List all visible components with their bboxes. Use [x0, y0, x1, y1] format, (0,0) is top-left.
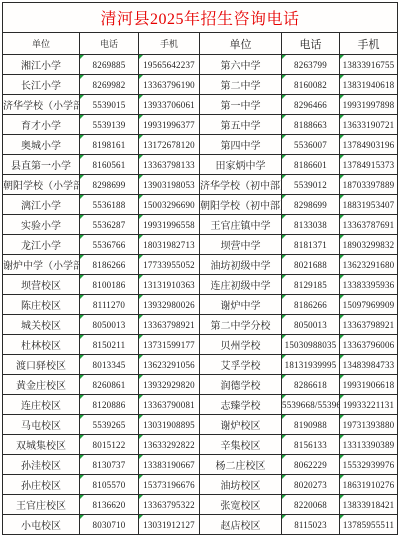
right-phone-cell[interactable]: 8020273: [282, 475, 340, 495]
table-row: 实验小学553628719931996558王官庄镇中学813303813363…: [3, 215, 398, 235]
left-phone-cell[interactable]: 8120886: [80, 395, 139, 415]
left-mobile-cell[interactable]: 13633292822: [139, 435, 200, 455]
right-mobile-cell[interactable]: 13363787691: [340, 215, 398, 235]
left-mobile-cell[interactable]: 13363795322: [139, 495, 200, 515]
left-mobile-cell[interactable]: 13383190667: [139, 455, 200, 475]
right-phone-cell[interactable]: 8220068: [282, 495, 340, 515]
table-row: 龙江小学553676618031982713坝营中学81813711890329…: [3, 235, 398, 255]
left-unit-cell[interactable]: 实验小学: [3, 215, 80, 235]
right-mobile-cell[interactable]: 13383395936: [340, 275, 398, 295]
left-mobile-cell[interactable]: 13363798133: [139, 155, 200, 175]
left-mobile-cell[interactable]: 13933706061: [139, 95, 200, 115]
right-unit-cell[interactable]: 张宽校区: [200, 495, 282, 515]
left-mobile-cell[interactable]: 13903198053: [139, 175, 200, 195]
right-phone-cell[interactable]: 8115023: [282, 515, 340, 535]
right-mobile-cell[interactable]: 13483984733: [340, 355, 398, 375]
left-unit-cell[interactable]: 连庄校区: [3, 395, 80, 415]
right-phone-cell[interactable]: 8156133: [282, 435, 340, 455]
spreadsheet-area: 清河县2025年招生咨询电话 单位 电话 手机 单位 电话 手机 湘江小学826…: [2, 2, 400, 535]
table-row: 孙庄校区810557015373196676油坊校区80202731863191…: [3, 475, 398, 495]
left-mobile-cell[interactable]: 19565642237: [139, 55, 200, 75]
table-row: 奥城小学819816113172678120第四中学55360071378490…: [3, 135, 398, 155]
right-phone-cell[interactable]: 8286618: [282, 375, 340, 395]
right-unit-cell[interactable]: 油坊初级中学: [200, 255, 282, 275]
left-unit-cell[interactable]: 坝营校区: [3, 275, 80, 295]
right-unit-cell[interactable]: 第五中学: [200, 115, 282, 135]
right-phone-cell[interactable]: 8021688: [282, 255, 340, 275]
left-mobile-cell[interactable]: 13932929820: [139, 375, 200, 395]
left-phone-cell[interactable]: 5539139: [80, 115, 139, 135]
right-mobile-cell[interactable]: 18631910276: [340, 475, 398, 495]
right-unit-cell[interactable]: 第一中学: [200, 95, 282, 115]
right-unit-cell[interactable]: 第二中学: [200, 75, 282, 95]
left-phone-cell[interactable]: 8105570: [80, 475, 139, 495]
right-mobile-cell[interactable]: 18903299832: [340, 235, 398, 255]
right-mobile-cell[interactable]: 13831940618: [340, 75, 398, 95]
right-mobile-cell[interactable]: 19933221131: [340, 395, 398, 415]
left-mobile-cell[interactable]: 13363796190: [139, 75, 200, 95]
left-phone-cell[interactable]: 8111270: [80, 295, 139, 315]
table-row: 杜林校区815021113731599177贝州学校15030988035133…: [3, 335, 398, 355]
left-unit-cell[interactable]: 黄金庄校区: [3, 375, 80, 395]
left-mobile-cell[interactable]: 19931996558: [139, 215, 200, 235]
left-phone-cell[interactable]: 5539015: [80, 95, 139, 115]
left-unit-cell[interactable]: 王官庄校区: [3, 495, 80, 515]
left-phone-cell[interactable]: 8269982: [80, 75, 139, 95]
left-mobile-cell[interactable]: 13031912127: [139, 515, 200, 535]
right-mobile-cell[interactable]: 13313390389: [340, 435, 398, 455]
table-row: 孙洼校区813073713383190667杨二庄校区8062229155329…: [3, 455, 398, 475]
table-row: 陈庄校区811127013932980026谢炉中学81862661509796…: [3, 295, 398, 315]
left-unit-cell[interactable]: 城关校区: [3, 315, 80, 335]
right-unit-cell[interactable]: 第二中学分校: [200, 315, 282, 335]
right-phone-cell[interactable]: 8188663: [282, 115, 340, 135]
right-unit-cell[interactable]: 辛集校区: [200, 435, 282, 455]
right-mobile-cell[interactable]: 19931906618: [340, 375, 398, 395]
right-phone-cell[interactable]: 8296466: [282, 95, 340, 115]
left-phone-cell[interactable]: 8030710: [80, 515, 139, 535]
right-phone-cell[interactable]: 8133038: [282, 215, 340, 235]
left-unit-cell[interactable]: 谢炉中学（小学部）: [3, 255, 80, 275]
left-mobile-cell[interactable]: 13932980026: [139, 295, 200, 315]
table-row: 长江小学826998213363796190第二中学81600821383194…: [3, 75, 398, 95]
left-phone-cell[interactable]: 8136620: [80, 495, 139, 515]
right-mobile-cell[interactable]: 13363796006: [340, 335, 398, 355]
table-row: 育才小学553913919931996377第五中学81886631363319…: [3, 115, 398, 135]
left-mobile-cell[interactable]: 13131910363: [139, 275, 200, 295]
left-unit-cell[interactable]: 陈庄校区: [3, 295, 80, 315]
right-unit-cell[interactable]: 第六中学: [200, 55, 282, 75]
right-mobile-cell[interactable]: 19731393880: [340, 415, 398, 435]
left-unit-cell[interactable]: 漓江小学: [3, 195, 80, 215]
left-phone-cell[interactable]: 8160561: [80, 155, 139, 175]
left-mobile-cell[interactable]: 15373196676: [139, 475, 200, 495]
right-mobile-cell[interactable]: 19931997898: [340, 95, 398, 115]
header-mobile-right[interactable]: 手机: [340, 33, 398, 55]
right-mobile-cell[interactable]: 13833918421: [340, 495, 398, 515]
table-row: 渡口驿校区801334513623291056艾孚学校1813193999513…: [3, 355, 398, 375]
right-unit-cell[interactable]: 谢炉校区: [200, 415, 282, 435]
header-mobile-left[interactable]: 手机: [139, 33, 200, 55]
left-phone-cell[interactable]: 8013345: [80, 355, 139, 375]
right-unit-cell[interactable]: 坝营中学: [200, 235, 282, 255]
right-phone-cell[interactable]: 8129185: [282, 275, 340, 295]
right-phone-cell[interactable]: 8263799: [282, 55, 340, 75]
left-unit-cell[interactable]: 湘江小学: [3, 55, 80, 75]
left-phone-cell[interactable]: 5536766: [80, 235, 139, 255]
left-phone-cell[interactable]: 8130737: [80, 455, 139, 475]
right-unit-cell[interactable]: 朝阳学校（初中部）: [200, 195, 282, 215]
table-row: 朝阳学校（小学部）829869913903198053济华学校（初中部）5539…: [3, 175, 398, 195]
table-row: 济华学校（小学部）553901513933706061第一中学829646619…: [3, 95, 398, 115]
left-phone-cell[interactable]: 8298699: [80, 175, 139, 195]
table-row: 城关校区805001313363798921第二中学分校805001313363…: [3, 315, 398, 335]
right-phone-cell[interactable]: 8298699: [282, 195, 340, 215]
left-phone-cell[interactable]: 8100186: [80, 275, 139, 295]
right-unit-cell[interactable]: 谢炉中学: [200, 295, 282, 315]
right-phone-cell[interactable]: 15030988035: [282, 335, 340, 355]
right-mobile-cell[interactable]: 18703397889: [340, 175, 398, 195]
left-mobile-cell[interactable]: 13731599177: [139, 335, 200, 355]
left-mobile-cell[interactable]: 19931996377: [139, 115, 200, 135]
table-row: 黄金庄校区826086113932929820润德学校8286618199319…: [3, 375, 398, 395]
right-phone-cell[interactable]: 8186266: [282, 295, 340, 315]
right-unit-cell[interactable]: 王官庄镇中学: [200, 215, 282, 235]
left-phone-cell[interactable]: 5536188: [80, 195, 139, 215]
right-mobile-cell[interactable]: 13785955511: [340, 515, 398, 535]
table-row: 漓江小学553618815003296690朝阳学校（初中部）829869918…: [3, 195, 398, 215]
right-phone-cell[interactable]: 8062229: [282, 455, 340, 475]
left-unit-cell[interactable]: 奥城小学: [3, 135, 80, 155]
left-phone-cell[interactable]: 8269885: [80, 55, 139, 75]
left-mobile-cell[interactable]: 13363798921: [139, 315, 200, 335]
right-mobile-cell[interactable]: 13363798921: [340, 315, 398, 335]
right-mobile-cell[interactable]: 13633190721: [340, 115, 398, 135]
left-phone-cell[interactable]: 8186266: [80, 255, 139, 275]
right-unit-cell[interactable]: 杨二庄校区: [200, 455, 282, 475]
right-unit-cell[interactable]: 贝州学校: [200, 335, 282, 355]
right-unit-cell[interactable]: 连庄初级中学: [200, 275, 282, 295]
left-unit-cell[interactable]: 县直第一小学: [3, 155, 80, 175]
left-phone-cell[interactable]: 8198161: [80, 135, 139, 155]
right-mobile-cell[interactable]: 13784915373: [340, 155, 398, 175]
left-unit-cell[interactable]: 孙洼校区: [3, 455, 80, 475]
right-phone-cell[interactable]: 5539012: [282, 175, 340, 195]
right-mobile-cell[interactable]: 13833916755: [340, 55, 398, 75]
left-mobile-cell[interactable]: 13172678120: [139, 135, 200, 155]
left-unit-cell[interactable]: 杜林校区: [3, 335, 80, 355]
left-phone-cell[interactable]: 5536287: [80, 215, 139, 235]
left-phone-cell[interactable]: 8050013: [80, 315, 139, 335]
left-mobile-cell[interactable]: 13031908895: [139, 415, 200, 435]
left-unit-cell[interactable]: 小屯校区: [3, 515, 80, 535]
left-unit-cell[interactable]: 朝阳学校（小学部）: [3, 175, 80, 195]
right-unit-cell[interactable]: 志臻学校: [200, 395, 282, 415]
header-row: 单位 电话 手机 单位 电话 手机: [3, 33, 398, 55]
table-row: 连庄校区812088613363790081志臻学校5539668/553966…: [3, 395, 398, 415]
header-unit-right[interactable]: 单位: [200, 33, 282, 55]
right-phone-cell[interactable]: 5536007: [282, 135, 340, 155]
table-row: 双城集校区801512213633292822辛集校区8156133133133…: [3, 435, 398, 455]
right-mobile-cell[interactable]: 13784903196: [340, 135, 398, 155]
left-phone-cell[interactable]: 8015122: [80, 435, 139, 455]
left-phone-cell[interactable]: 8150211: [80, 335, 139, 355]
table-body: 湘江小学826988519565642237第六中学82637991383391…: [3, 55, 398, 535]
left-mobile-cell[interactable]: 17733955052: [139, 255, 200, 275]
right-unit-cell[interactable]: 第四中学: [200, 135, 282, 155]
table-row: 县直第一小学816056113363798133田家炳中学81866011378…: [3, 155, 398, 175]
left-mobile-cell[interactable]: 18031982713: [139, 235, 200, 255]
left-unit-cell[interactable]: 孙庄校区: [3, 475, 80, 495]
right-mobile-cell[interactable]: 15097969909: [340, 295, 398, 315]
right-mobile-cell[interactable]: 15532939976: [340, 455, 398, 475]
left-mobile-cell[interactable]: 13623291056: [139, 355, 200, 375]
right-mobile-cell[interactable]: 13623291680: [340, 255, 398, 275]
right-unit-cell[interactable]: 田家炳中学: [200, 155, 282, 175]
left-mobile-cell[interactable]: 13363790081: [139, 395, 200, 415]
phone-directory-table: 清河县2025年招生咨询电话 单位 电话 手机 单位 电话 手机 湘江小学826…: [2, 2, 398, 535]
table-row: 小屯校区803071013031912127赵店校区81150231378595…: [3, 515, 398, 535]
title-row: 清河县2025年招生咨询电话: [3, 3, 398, 33]
left-unit-cell[interactable]: 长江小学: [3, 75, 80, 95]
left-mobile-cell[interactable]: 15003296690: [139, 195, 200, 215]
right-phone-cell[interactable]: 5539668/5539669: [282, 395, 340, 415]
table-row: 马屯校区553926513031908895谢炉校区81909881973139…: [3, 415, 398, 435]
header-unit-left[interactable]: 单位: [3, 33, 80, 55]
left-phone-cell[interactable]: 8260861: [80, 375, 139, 395]
table-row: 王官庄校区813662013363795322张宽校区8220068138339…: [3, 495, 398, 515]
right-unit-cell[interactable]: 艾孚学校: [200, 355, 282, 375]
right-mobile-cell[interactable]: 18831953407: [340, 195, 398, 215]
left-unit-cell[interactable]: 马屯校区: [3, 415, 80, 435]
left-unit-cell[interactable]: 育才小学: [3, 115, 80, 135]
right-unit-cell[interactable]: 赵店校区: [200, 515, 282, 535]
left-unit-cell[interactable]: 济华学校（小学部）: [3, 95, 80, 115]
table-row: 湘江小学826988519565642237第六中学82637991383391…: [3, 55, 398, 75]
right-unit-cell[interactable]: 油坊校区: [200, 475, 282, 495]
left-unit-cell[interactable]: 双城集校区: [3, 435, 80, 455]
table-row: 坝营校区810018613131910363连庄初级中学812918513383…: [3, 275, 398, 295]
right-phone-cell[interactable]: 8190988: [282, 415, 340, 435]
left-unit-cell[interactable]: 渡口驿校区: [3, 355, 80, 375]
right-phone-cell[interactable]: 8050013: [282, 315, 340, 335]
right-phone-cell[interactable]: 8181371: [282, 235, 340, 255]
right-unit-cell[interactable]: 济华学校（初中部）: [200, 175, 282, 195]
header-phone-right[interactable]: 电话: [282, 33, 340, 55]
table-row: 谢炉中学（小学部）818626617733955052油坊初级中学8021688…: [3, 255, 398, 275]
header-phone-left[interactable]: 电话: [80, 33, 139, 55]
page-title[interactable]: 清河县2025年招生咨询电话: [3, 3, 398, 33]
right-phone-cell[interactable]: 18131939995: [282, 355, 340, 375]
left-unit-cell[interactable]: 龙江小学: [3, 235, 80, 255]
right-unit-cell[interactable]: 润德学校: [200, 375, 282, 395]
right-phone-cell[interactable]: 8186601: [282, 155, 340, 175]
right-phone-cell[interactable]: 8160082: [282, 75, 340, 95]
left-phone-cell[interactable]: 5539265: [80, 415, 139, 435]
